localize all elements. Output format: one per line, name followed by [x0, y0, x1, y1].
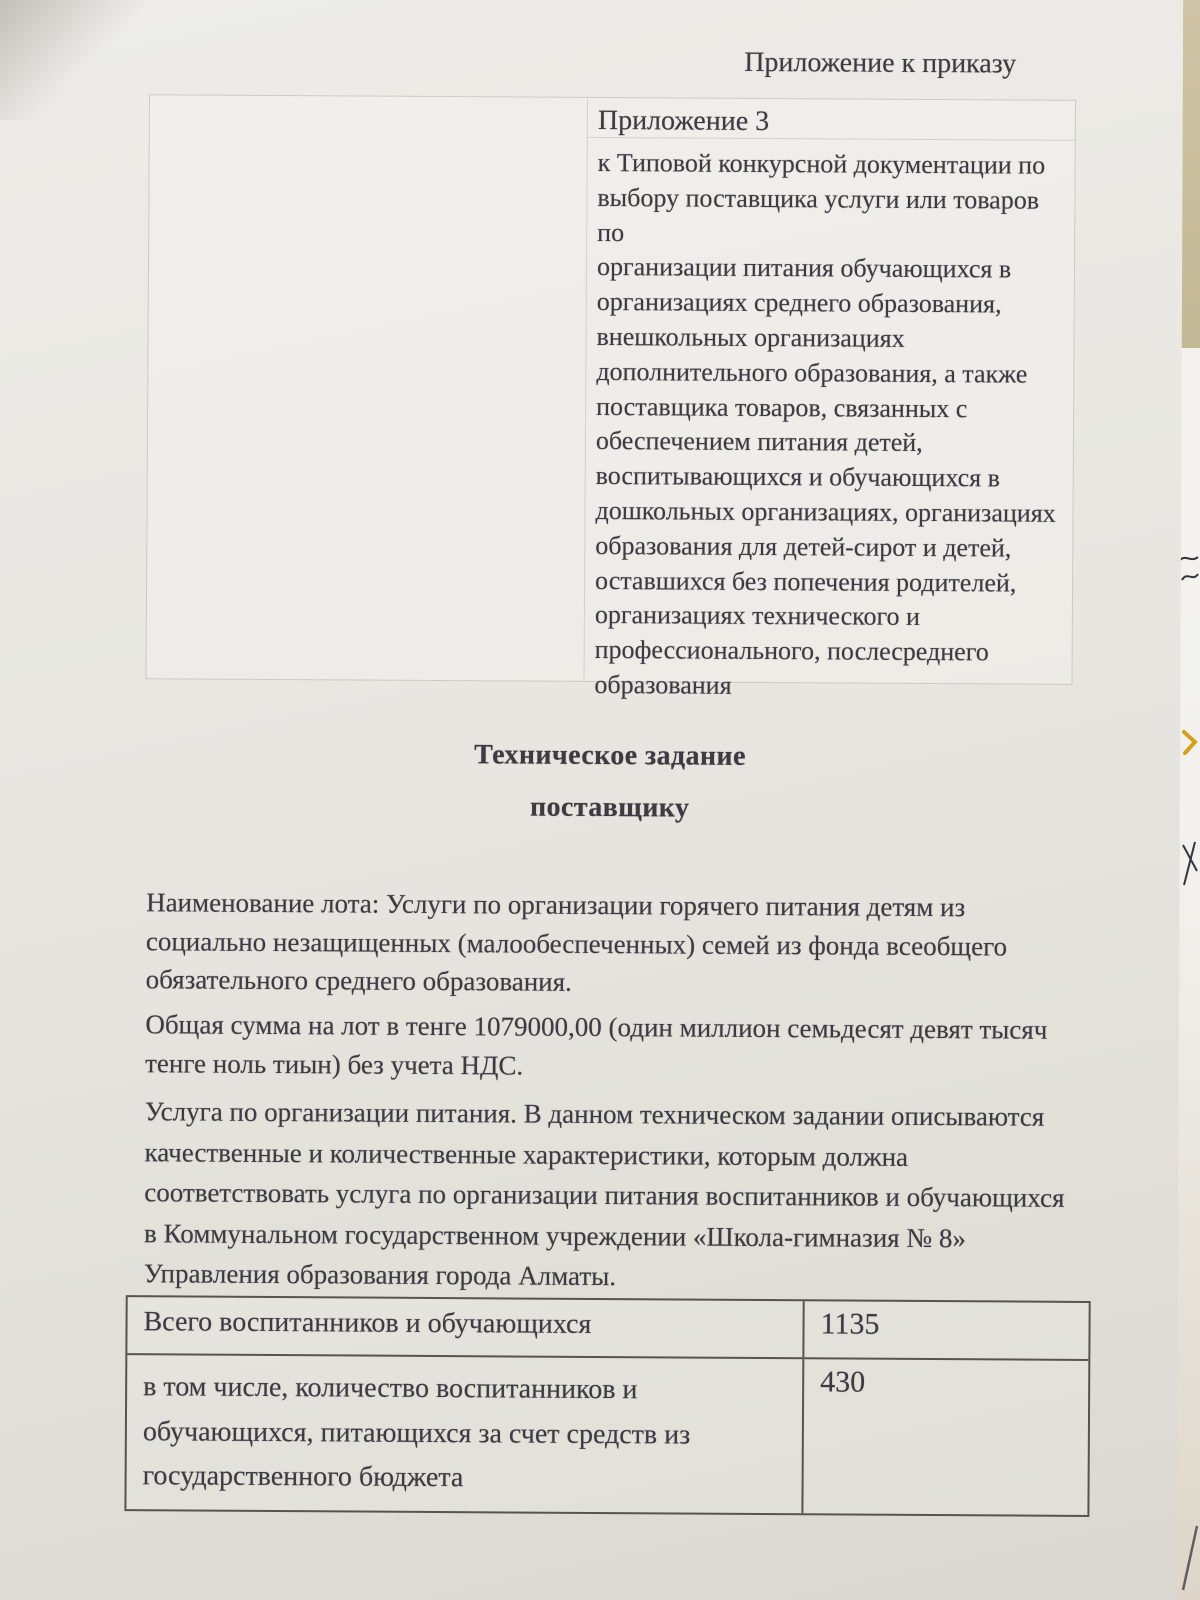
row-label: Всего воспитанников и обучающихся — [127, 1297, 804, 1357]
header-note: Приложение к приказу — [744, 47, 1016, 81]
document-photo: Приложение к приказу Приложение 3 к Типо… — [0, 0, 1200, 1600]
appendix-text-cell: Приложение 3 к Типовой конкурсной докуме… — [584, 98, 1075, 684]
appendix-title: Приложение 3 — [588, 98, 1075, 141]
paragraph-lot-name: Наименование лота: Услуги по организации… — [146, 883, 1102, 1004]
appendix-block: Приложение 3 к Типовой конкурсной докуме… — [145, 94, 1076, 685]
row-value: 1135 — [804, 1301, 1088, 1359]
table-row: в том числе, количество воспитанников и … — [126, 1355, 1088, 1514]
page-title-line1: Техническое задание — [140, 737, 1080, 775]
students-table: Всего воспитанников и обучающихся 1135 в… — [124, 1295, 1090, 1516]
row-value: 430 — [803, 1359, 1088, 1514]
appendix-empty-cell — [146, 95, 588, 681]
paragraph-total-sum: Общая сумма на лот в тенге 1079000,00 (о… — [145, 1005, 1100, 1088]
table-row: Всего воспитанников и обучающихся 1135 — [127, 1297, 1088, 1361]
paragraph-service-description: Услуга по организации питания. В данном … — [144, 1091, 1100, 1299]
appendix-body: к Типовой конкурсной документации по выб… — [584, 138, 1074, 706]
page-content: Приложение к приказу Приложение 3 к Типо… — [0, 0, 1200, 1600]
page-title-line2: поставщику — [140, 789, 1080, 827]
row-label: в том числе, количество воспитанников и … — [126, 1355, 804, 1513]
